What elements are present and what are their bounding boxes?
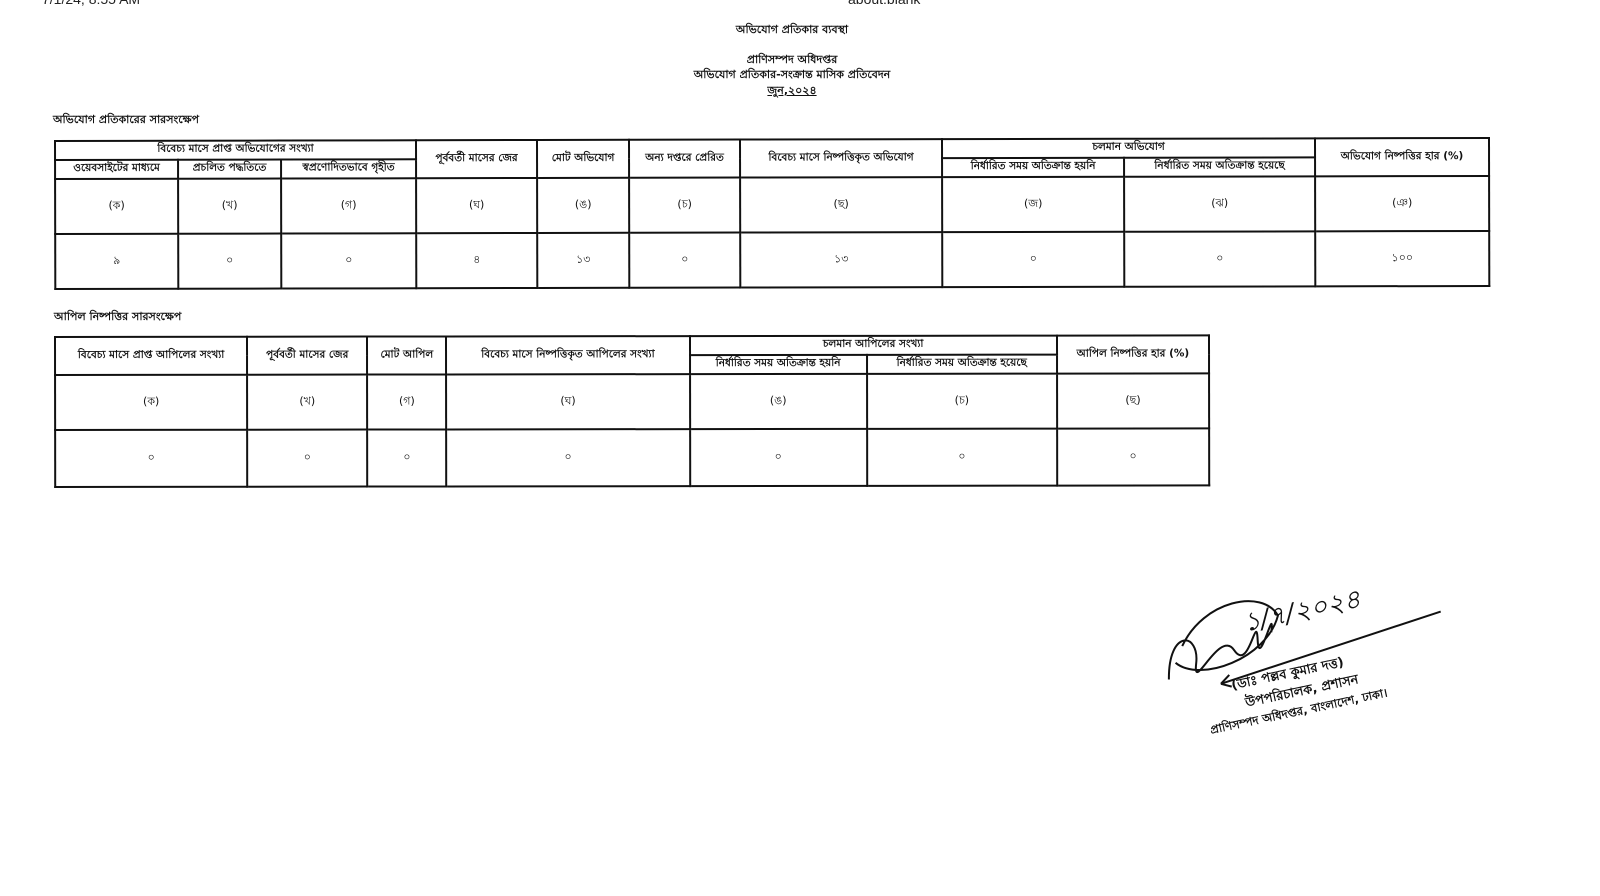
col-header: ওয়েবসাইটের মাধ্যমে [55,160,178,179]
signature-block: ১/৭/২০২৪ (ডাঃ পল্লব কুমার দত্ত) উপপরিচাল… [1145,551,1476,789]
col-header: অভিযোগ নিষ্পত্তির হার (%) [1315,138,1489,176]
col-code: (চ) [867,374,1057,429]
col-header: প্রচলিত পদ্ধতিতে [178,160,281,179]
col-code: (ঝ) [1124,176,1315,231]
value-pending-within: ০ [690,429,867,486]
value-row: ০ ০ ০ ০ ০ ০ ০ [55,428,1209,487]
col-code: (ক) [55,179,178,234]
value-appeals-resolved: ০ [446,429,689,486]
print-timestamp: 7/1/24, 8:55 AM [42,0,140,7]
pending-appeal-group-header: চলমান আপিলের সংখ্যা [690,336,1057,356]
col-header: অন্য দপ্তরে প্রেরিত [629,140,740,178]
complaint-summary-table: বিবেচ্য মাসে প্রাপ্ত অভিযোগের সংখ্যা পূর… [54,137,1490,290]
value-row: ৯ ০ ০ ৪ ১৩ ০ ১৩ ০ ০ ১০০ [55,231,1489,289]
col-header: পূর্ববর্তী মাসের জের [247,337,367,375]
value-conventional: ০ [178,234,281,289]
value-resolved: ১৩ [740,232,942,287]
col-header: আপিল নিষ্পত্তির হার (%) [1057,335,1209,373]
value-carry-over: ০ [247,430,367,487]
col-code: (ঙ) [690,374,867,429]
col-code: (ঘ) [446,374,689,429]
col-header: বিবেচ্য মাসে নিষ্পত্তিকৃত আপিলের সংখ্যা [446,336,689,374]
col-header: নির্ধারিত সময় অতিক্রান্ত হয়নি [942,158,1124,177]
print-url: about:blank [848,0,920,7]
pending-group-header: চলমান অভিযোগ [942,138,1315,158]
col-header: নির্ধারিত সময় অতিক্রান্ত হয়েছে [867,355,1057,374]
value-carry-over: ৪ [416,233,537,288]
col-code: (জ) [942,177,1124,232]
complaint-section-title: অভিযোগ প্রতিকারের সারসংক্ষেপ [53,111,199,130]
value-forwarded: ০ [629,233,740,288]
col-code: (ক) [55,375,247,430]
value-suo-moto: ০ [281,233,416,288]
col-code: (ঙ) [537,178,629,233]
col-code: (গ) [367,374,446,429]
appeal-summary-table: বিবেচ্য মাসে প্রাপ্ত আপিলের সংখ্যা পূর্ব… [54,334,1210,488]
col-header: মোট আপিল [367,336,446,374]
report-period: জুন,২০২৪ [0,82,1584,101]
col-header: মোট অভিযোগ [537,140,629,178]
col-header: নির্ধারিত সময় অতিক্রান্ত হয়েছে [1124,157,1315,176]
col-code: (গ) [281,178,416,233]
system-title: অভিযোগ প্রতিকার ব্যবস্থা [0,21,1584,40]
value-pending-overdue: ০ [867,429,1057,486]
col-header: বিবেচ্য মাসে প্রাপ্ত আপিলের সংখ্যা [55,337,247,375]
value-pending-overdue: ০ [1124,231,1315,286]
value-resolution-rate: ১০০ [1315,231,1489,286]
col-code: (খ) [178,179,281,234]
col-header: বিবেচ্য মাসে নিষ্পত্তিকৃত অভিযোগ [740,139,942,177]
code-row: (ক) (খ) (গ) (ঘ) (ঙ) (চ) (ছ) [55,373,1209,430]
col-header: স্বপ্রণোদিতভাবে গৃহীত [281,159,416,178]
received-group-header: বিবেচ্য মাসে প্রাপ্ত অভিযোগের সংখ্যা [55,140,416,160]
value-appeal-rate: ০ [1057,428,1209,485]
value-pending-within: ০ [942,232,1124,287]
col-code: (ঞ) [1315,176,1489,231]
value-total-appeals: ০ [367,429,446,486]
col-code: (ঘ) [416,178,537,233]
col-code: (চ) [629,178,740,233]
code-row: (ক) (খ) (গ) (ঘ) (ঙ) (চ) (ছ) (জ) (ঝ) (ঞ) [55,176,1489,234]
col-code: (ছ) [1057,373,1209,428]
col-code: (ছ) [740,177,942,232]
value-total: ১৩ [537,233,629,288]
value-website: ৯ [55,234,178,289]
col-code: (খ) [247,375,367,430]
appeal-section-title: আপিল নিষ্পত্তির সারসংক্ষেপ [54,308,181,327]
value-appeals-received: ০ [55,430,247,487]
col-header: নির্ধারিত সময় অতিক্রান্ত হয়নি [690,355,867,374]
col-header: পূর্ববর্তী মাসের জের [416,140,537,178]
